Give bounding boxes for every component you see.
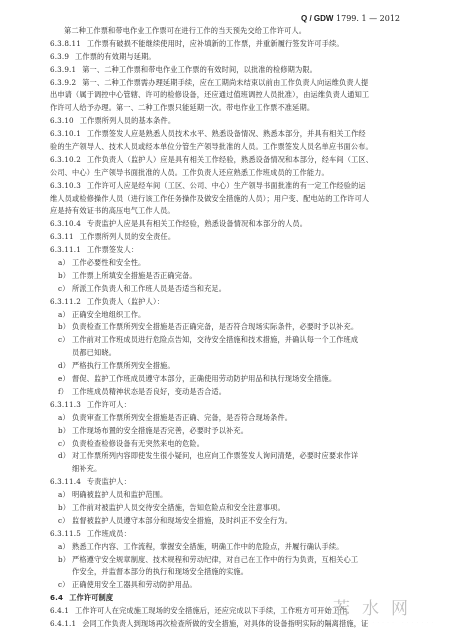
line-text: 对工作票所列内容即使发生很小疑问，也应向工作票签发人询问清楚，必要时应要求作详 — [72, 451, 358, 460]
paragraph-line: 第二种工作票和带电作业工作票可在进行工作的当天预先交给工作许可人。 — [50, 25, 402, 38]
line-text: 工作票有破损不能继续使用时，应补填新的工作票，并重新履行签发许可手续。 — [87, 39, 344, 48]
list-item: e）督促、监护工作班成员遵守本部分，正确使用劳动防护用品和执行现场安全措施。 — [50, 373, 402, 386]
list-item: c）负责检查检修设备有无突然来电的危险。 — [50, 438, 402, 451]
item-label: d） — [58, 360, 72, 373]
clause-number: 6.3.10.2 — [50, 154, 81, 167]
item-label: b） — [58, 425, 72, 438]
list-item: c）监督被监护人员遵守本部分和现场安全措施，及时纠正不安全行为。 — [50, 515, 402, 528]
list-item: c）正确使用安全工器具和劳动防护用品。 — [50, 579, 402, 592]
clause-number: 6.3.9 — [50, 51, 69, 64]
paragraph-line: 6.3.11.2工作负责人（监护人）： — [50, 296, 402, 309]
list-item: b）工作现场布置的安全措施是否完善，必要时予以补充。 — [50, 425, 402, 438]
paragraph-line: 6.3.8.11工作票有破损不能继续使用时，应补填新的工作票，并重新履行签发许可… — [50, 38, 402, 51]
item-label: a） — [58, 489, 72, 502]
clause-number: 6.3.11.3 — [50, 399, 81, 412]
list-item: a）熟悉工作内容、工作流程，掌握安全措施，明确工作中的危险点，并履行确认手续。 — [50, 541, 402, 554]
item-label: f） — [58, 386, 72, 399]
paragraph-line: 6.3.10.4专责监护人应是具有相关工作经验，熟悉设备情况和本部分的人员。 — [50, 218, 402, 231]
paragraph-line: 维人员或检修操作人员（进行该工作任务操作及做安全措施的人员）；用户变、配电站的工… — [50, 193, 402, 206]
document-header: Q / GDW 1799. 1 — 2012 — [301, 14, 400, 23]
clause-number: 6.3.10 — [50, 115, 74, 128]
watermark-subtext: ····· ······· ······· — [333, 620, 445, 624]
clause-number: 6.4.1.1 — [50, 618, 76, 631]
item-label: c） — [58, 283, 72, 296]
paragraph-line: 6.3.10.3工作许可人应是经车间（工区、公司、中心）生产领导书面批准的有一定… — [50, 180, 402, 193]
paragraph-line: 6.3.11工作票所列人员的安全责任。 — [50, 231, 402, 244]
clause-number: 6.3.8.11 — [50, 38, 81, 51]
paragraph-line: 公司、中心）生产领导书面批准的人员。工作负责人还应熟悉工作班成员的工作能力。 — [50, 167, 402, 180]
line-text: 作许可人给予办理。第一、二种工作票只能延期一次。带电作业工作票不准延期。 — [50, 103, 314, 112]
list-item: a）工作必要性和安全性。 — [50, 257, 402, 270]
clause-number: 6.3.9.2 — [50, 77, 76, 90]
line-text: 工作许可人在完成施工现场的安全措施后，还应完成以下手续，工作班方可开始工作。 — [75, 606, 354, 615]
item-label: c） — [58, 438, 72, 451]
paragraph-line: 6.3.10.2工作负责人（监护人）应是具有相关工作经验，熟悉设备情况和本部分，… — [50, 154, 402, 167]
line-text: 所派工作负责人和工作班人员是否适当和充足。 — [72, 284, 226, 293]
item-label: c） — [58, 515, 72, 528]
item-label: c） — [58, 334, 72, 347]
clause-number: 6.3.11.2 — [50, 296, 81, 309]
item-label: a） — [58, 257, 72, 270]
list-item: a）明确被监护人员和监护范围。 — [50, 489, 402, 502]
line-text: 正确安全地组织工作。 — [72, 310, 145, 319]
list-item: b）工作前对被监护人员交待安全措施，告知危险点和安全注意事项。 — [50, 502, 402, 515]
item-label: b） — [58, 554, 72, 567]
item-label: a） — [58, 412, 72, 425]
line-text: 第二种工作票和带电作业工作票可在进行工作的当天预先交给工作许可人。 — [64, 26, 306, 35]
item-label: a） — [58, 541, 72, 554]
list-item: c）所派工作负责人和工作班人员是否适当和充足。 — [50, 283, 402, 296]
line-text: 工作票签发人应是熟悉人员技术水平、熟悉设备情况、熟悉本部分，并具有相关工作经 — [87, 129, 366, 138]
line-text: 专责监护人应是具有相关工作经验，熟悉设备情况和本部分的人员。 — [87, 219, 307, 228]
line-text: 严格遵守安全规章制度、技术规程和劳动纪律，对自己在工作中的行为负责，互相关心工 — [72, 555, 358, 564]
line-text: 工作票的有效期与延期。 — [75, 52, 156, 61]
paragraph-line: 6.3.9.2第一、二种工作票需办理延期手续，应在工期尚未结束以前由工作负责人向… — [50, 77, 402, 90]
clause-number: 6.4.1 — [50, 605, 69, 618]
clause-number: 6.3.11.1 — [50, 244, 81, 257]
paragraph-line: 6.3.9工作票的有效期与延期。 — [50, 51, 402, 64]
line-text: 工作许可人应是经车间（工区、公司、中心）生产领导书面批准的有一定工作经验的运 — [87, 181, 366, 190]
paragraph-line: 6.3.11.1工作票签发人： — [50, 244, 402, 257]
line-text: 工作票上所填安全措施是否正确完备。 — [72, 271, 197, 280]
line-text: 负责审查工作票所列安全措施是否正确、完备，是否符合现场条件。 — [72, 413, 292, 422]
line-text: 应是持有效证书的高压电气工作人员。 — [50, 206, 175, 215]
list-item: b）工作票上所填安全措施是否正确完备。 — [50, 270, 402, 283]
line-text: 监督被监护人员遵守本部分和现场安全措施，及时纠正不安全行为。 — [72, 516, 292, 525]
list-item: a）负责审查工作票所列安全措施是否正确、完备，是否符合现场条件。 — [50, 412, 402, 425]
item-label: a） — [58, 309, 72, 322]
line-text: 员都已知晓。 — [72, 348, 116, 357]
clause-number: 6.3.11.4 — [50, 476, 81, 489]
line-text: 熟悉工作内容、工作流程，掌握安全措施，明确工作中的危险点，并履行确认手续。 — [72, 542, 344, 551]
paragraph-line: 出申请（属于调控中心管辖、许可的检修设备，还应通过值班调控人员批准），由运维负责… — [50, 89, 402, 102]
line-text: 负责检查检修设备有无突然来电的危险。 — [72, 439, 204, 448]
line-text: 公司、中心）生产领导书面批准的人员。工作负责人还应熟悉工作班成员的工作能力。 — [50, 168, 329, 177]
line-text: 第一、二种工作票需办理延期手续，应在工期尚未结束以前由工作负责人向运维负责人提 — [82, 78, 368, 87]
line-text: 督促、监护工作班成员遵守本部分，正确使用劳动防护用品和执行现场安全措施。 — [72, 374, 336, 383]
list-item: a）正确安全地组织工作。 — [50, 309, 402, 322]
standard-code-prefix: Q / GDW — [301, 14, 333, 23]
clause-number: 6.3.11.5 — [50, 528, 81, 541]
line-text: 验的生产领导人、技术人员或经本单位分管生产领导批准的人员。工作票签发人员名单应书… — [50, 142, 373, 151]
line-text: 工作许可制度 — [69, 593, 113, 602]
line-text: 工作负责人（监护人）： — [87, 297, 164, 306]
line-text: 工作班成员精神状态是否良好，变动是否合适。 — [72, 387, 226, 396]
line-text: 明确被监护人员和监护范围。 — [72, 490, 167, 499]
list-item: 细补充。 — [50, 463, 402, 476]
list-item: d）严格执行工作票所列安全措施。 — [50, 360, 402, 373]
watermark-text: 若水网 — [333, 594, 445, 619]
line-text: 细补充。 — [72, 464, 101, 473]
line-text: 工作负责人（监护人）应是具有相关工作经验，熟悉设备情况和本部分，经车间（工区、 — [87, 155, 373, 164]
line-text: 工作票所列人员的安全责任。 — [80, 232, 175, 241]
list-item: d）对工作票所列内容即使发生很小疑问，也应向工作票签发人询问清楚，必要时应要求作… — [50, 450, 402, 463]
paragraph-line: 6.3.11.3工作许可人： — [50, 399, 402, 412]
clause-number: 6.3.9.1 — [50, 64, 76, 77]
document-body: 第二种工作票和带电作业工作票可在进行工作的当天预先交给工作许可人。6.3.8.1… — [50, 25, 402, 631]
item-label: b） — [58, 502, 72, 515]
line-text: 出申请（属于调控中心管辖、许可的检修设备，还应通过值班调控人员批准），由运维负责… — [50, 90, 369, 99]
list-item: 作安全，并监督本部分的执行和现场安全措施的实施。 — [50, 566, 402, 579]
line-text: 维人员或检修操作人员（进行该工作任务操作及做安全措施的人员）；用户变、配电站的工… — [50, 194, 369, 203]
list-item: f）工作班成员精神状态是否良好，变动是否合适。 — [50, 386, 402, 399]
paragraph-line: 验的生产领导人、技术人员或经本单位分管生产领导批准的人员。工作票签发人员名单应书… — [50, 141, 402, 154]
clause-number: 6.3.11 — [50, 231, 74, 244]
paragraph-line: 6.3.10.1工作票签发人应是熟悉人员技术水平、熟悉设备情况、熟悉本部分，并具… — [50, 128, 402, 141]
line-text: 工作许可人： — [87, 400, 131, 409]
item-label: b） — [58, 321, 72, 334]
line-text: 工作票签发人： — [87, 245, 138, 254]
list-item: 员都已知晓。 — [50, 347, 402, 360]
clause-number: 6.3.10.1 — [50, 128, 81, 141]
line-text: 工作前对被监护人员交待安全措施，告知危险点和安全注意事项。 — [72, 503, 285, 512]
paragraph-line: 应是持有效证书的高压电气工作人员。 — [50, 205, 402, 218]
paragraph-line: 6.3.11.5工作班成员： — [50, 528, 402, 541]
line-text: 工作班成员： — [87, 529, 131, 538]
line-text: 第一、二种工作票和带电作业工作票的有效时间，以批准的检修期为限。 — [82, 65, 317, 74]
item-label: d） — [58, 450, 72, 463]
clause-number: 6.3.10.4 — [50, 218, 81, 231]
clause-number: 6.3.10.3 — [50, 180, 81, 193]
line-text: 严格执行工作票所列安全措施。 — [72, 361, 175, 370]
line-text: 负责检查工作票所列安全措施是否正确完备，是否符合现场实际条件，必要时予以补充。 — [72, 322, 358, 331]
item-label: e） — [58, 373, 72, 386]
line-text: 工作票所列人员的基本条件。 — [80, 116, 175, 125]
list-item: b）严格遵守安全规章制度、技术规程和劳动纪律，对自己在工作中的行为负责，互相关心… — [50, 554, 402, 567]
line-text: 工作前对工作班成员进行危险点告知，交待安全措施和技术措施，并确认每一个工作班成 — [72, 335, 358, 344]
paragraph-line: 6.3.9.1第一、二种工作票和带电作业工作票的有效时间，以批准的检修期为限。 — [50, 64, 402, 77]
line-text: 会同工作负责人到现场再次检查所做的安全措施，对具体的设备指明实际的隔离措施，证 — [82, 619, 368, 628]
line-text: 专责监护人： — [87, 477, 131, 486]
paragraph-line: 6.3.10工作票所列人员的基本条件。 — [50, 115, 402, 128]
list-item: c）工作前对工作班成员进行危险点告知，交待安全措施和技术措施，并确认每一个工作班… — [50, 334, 402, 347]
list-item: b）负责检查工作票所列安全措施是否正确完备，是否符合现场实际条件，必要时予以补充… — [50, 321, 402, 334]
paragraph-line: 6.3.11.4专责监护人： — [50, 476, 402, 489]
paragraph-line: 作许可人给予办理。第一、二种工作票只能延期一次。带电作业工作票不准延期。 — [50, 102, 402, 115]
line-text: 工作现场布置的安全措施是否完善，必要时予以补充。 — [72, 426, 248, 435]
line-text: 作安全，并监督本部分的执行和现场安全措施的实施。 — [72, 567, 248, 576]
watermark: 若水网 ····· ······· ······· — [333, 594, 445, 632]
line-text: 工作必要性和安全性。 — [72, 258, 145, 267]
standard-code-number: 1799. 1 — 2012 — [333, 14, 400, 23]
item-label: c） — [58, 579, 72, 592]
line-text: 正确使用安全工器具和劳动防护用品。 — [72, 580, 197, 589]
item-label: b） — [58, 270, 72, 283]
clause-number: 6.4 — [50, 592, 63, 605]
